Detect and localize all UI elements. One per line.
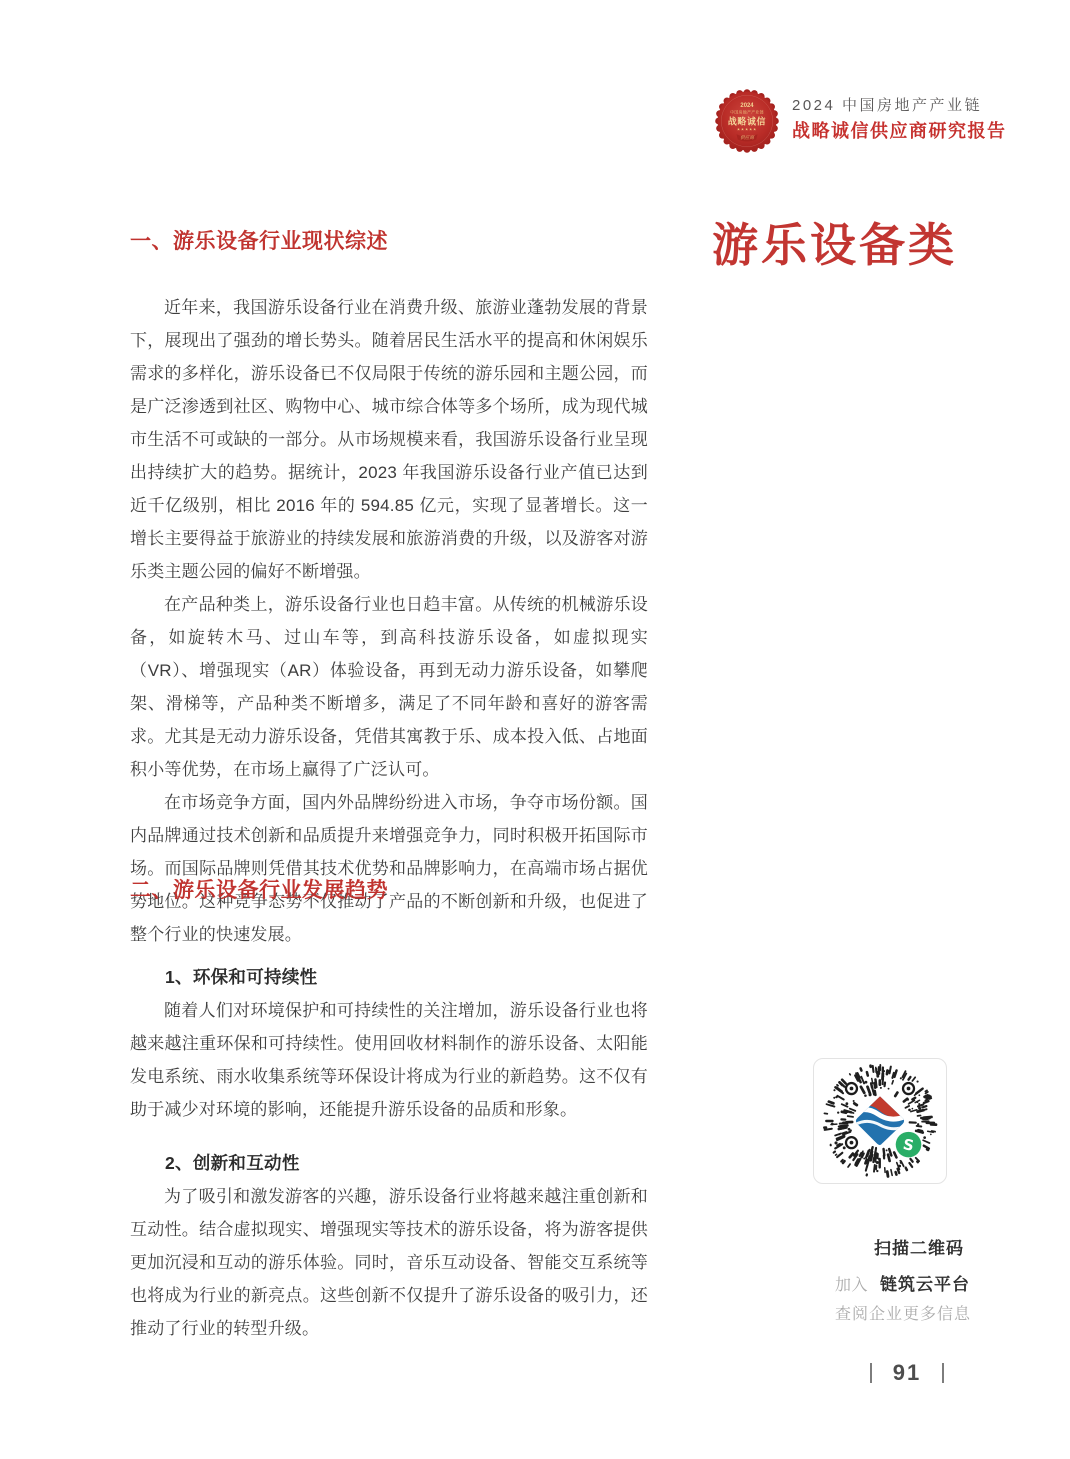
- seal-year: 2024: [740, 103, 754, 109]
- qr-eye-top-right: [903, 1083, 914, 1094]
- seal-ribbon: 供应商: [740, 135, 755, 140]
- page-title: 游乐设备类: [712, 220, 957, 271]
- seal-stars: ★★★★★: [737, 128, 757, 132]
- subsection-innovation: 2、创新和互动性 为了吸引和激发游客的兴趣，游乐设备行业将越来越注重创新和互动性…: [130, 1152, 648, 1345]
- section2-heading: 二、游乐设备行业发展趋势: [130, 878, 388, 903]
- mini-program-qr-icon: S: [819, 1062, 941, 1180]
- qr-join-prefix: 加入: [835, 1277, 868, 1294]
- footer-page-number: 91: [852, 1363, 962, 1383]
- qr-eye-bottom-left: [846, 1137, 857, 1148]
- brand-header: 2024 中国房地产产业链 战略诚信 ★★★★★ 供应商 2024 中国房地产产…: [714, 86, 1007, 156]
- brand-series-line: 2024 中国房地产产业链: [792, 97, 1007, 116]
- section2-body: 1、环保和可持续性 随着人们对环境保护和可持续性的关注增加，游乐设备行业也将越来…: [130, 966, 648, 1345]
- footer-left-bar: [870, 1363, 872, 1383]
- qr-code: S: [813, 1058, 947, 1184]
- seal-org: 中国房地产产业链: [730, 109, 764, 114]
- seal-motto: 战略诚信: [728, 116, 766, 127]
- strategic-integrity-seal-icon: 2024 中国房地产产业链 战略诚信 ★★★★★ 供应商: [714, 86, 780, 156]
- qr-join-line: 加入链筑云平台: [835, 1270, 1003, 1295]
- qr-platform-name: 链筑云平台: [880, 1275, 970, 1294]
- page-number: 91: [893, 1363, 921, 1383]
- paragraph: 在产品种类上，游乐设备行业也日趋丰富。从传统的机械游乐设备，如旋转木马、过山车等…: [130, 588, 648, 786]
- paragraph: 在市场竞争方面，国内外品牌纷纷进入市场，争夺市场份额。国内品牌通过技术创新和品质…: [130, 786, 648, 951]
- qr-scan-label: 扫描二维码: [874, 1234, 1003, 1259]
- qr-panel: S 扫描二维码 加入链筑云平台 查阅企业更多信息: [813, 1058, 1003, 1324]
- brand-report-line: 战略诚信供应商研究报告: [792, 119, 1007, 143]
- section1-body: 近年来，我国游乐设备行业在消费升级、旅游业蓬勃发展的背景下，展现出了强劲的增长势…: [130, 291, 648, 951]
- wechat-badge-icon: S: [896, 1132, 922, 1158]
- footer-right-bar: [942, 1363, 944, 1383]
- report-page: 2024 中国房地产产业链 战略诚信 ★★★★★ 供应商 2024 中国房地产产…: [0, 0, 1070, 1459]
- paragraph: 近年来，我国游乐设备行业在消费升级、旅游业蓬勃发展的背景下，展现出了强劲的增长势…: [130, 291, 648, 588]
- brand-lines: 2024 中国房地产产业链 战略诚信供应商研究报告: [792, 86, 1007, 143]
- section1-heading: 一、游乐设备行业现状综述: [130, 229, 388, 254]
- qr-eye-top-left: [846, 1083, 857, 1094]
- subsection-title: 1、环保和可持续性: [130, 966, 648, 989]
- qr-info-line: 查阅企业更多信息: [835, 1301, 1003, 1324]
- subsection-title: 2、创新和互动性: [130, 1152, 648, 1175]
- subsection-sustainability: 1、环保和可持续性 随着人们对环境保护和可持续性的关注增加，游乐设备行业也将越来…: [130, 966, 648, 1126]
- paragraph: 为了吸引和激发游客的兴趣，游乐设备行业将越来越注重创新和互动性。结合虚拟现实、增…: [130, 1180, 648, 1345]
- paragraph: 随着人们对环境保护和可持续性的关注增加，游乐设备行业也将越来越注重环保和可持续性…: [130, 994, 648, 1126]
